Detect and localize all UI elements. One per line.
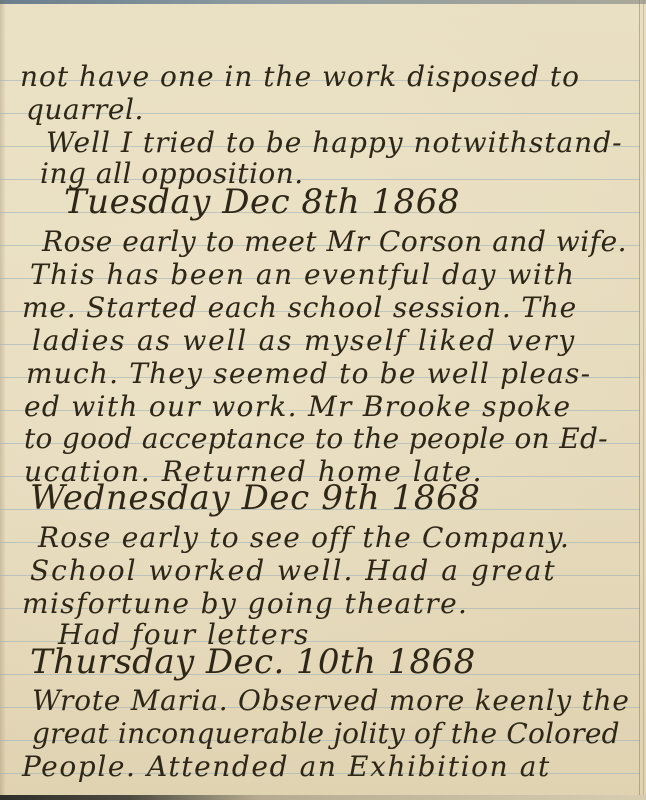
text-line: ladies as well as myself liked very [32, 324, 576, 357]
text-line: much. They seemed to be well pleas- [26, 357, 591, 390]
text-line: to good acceptance to the people on Ed- [24, 422, 608, 455]
entry-date-thursday: Thursday Dec. 10th 1868 [30, 642, 476, 682]
right-margin-rule-secondary [643, 0, 644, 800]
text-line: Wrote Maria. Observed more keenly the [32, 684, 630, 717]
page-top-edge [0, 0, 646, 4]
text-line: great inconquerable jolity of the Colore… [32, 717, 620, 750]
text-line: This has been an eventful day with [30, 258, 576, 291]
entry-date-tuesday: Tuesday Dec 8th 1868 [64, 182, 460, 222]
text-line: not have one in the work disposed to [20, 60, 580, 93]
page-left-shadow [0, 0, 6, 800]
text-line: Well I tried to be happy notwithstand- [46, 126, 623, 159]
entry-date-wednesday: Wednesday Dec 9th 1868 [30, 478, 481, 518]
text-line: People. Attended an Exhibition at [22, 750, 551, 783]
text-line: School worked well. Had a great [30, 554, 557, 587]
right-margin-rule [639, 0, 640, 800]
text-line: me. Started each school session. The [22, 291, 577, 324]
text-line: Rose early to meet Mr Corson and wife. [42, 225, 627, 258]
text-line: ed with our work. Mr Brooke spoke [24, 390, 571, 423]
page-bottom-edge [0, 795, 646, 800]
text-line: quarrel. [26, 93, 144, 126]
journal-page: not have one in the work disposed to qua… [0, 0, 646, 800]
text-line: misfortune by going theatre. [22, 587, 468, 620]
text-line: Rose early to see off the Company. [38, 521, 570, 554]
